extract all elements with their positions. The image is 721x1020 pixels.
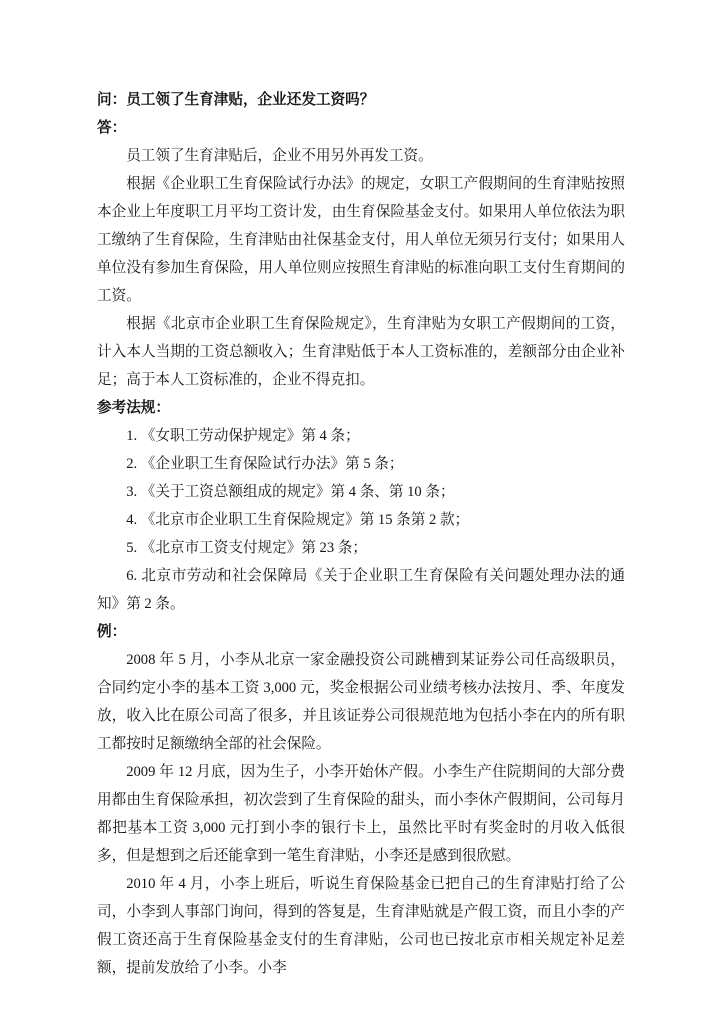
question-line: 问：员工领了生育津贴，企业还发工资吗？ [97,86,625,114]
reference-item: 5. 《北京市工资支付规定》第 23 条； [97,534,625,562]
reference-item: 1. 《女职工劳动保护规定》第 4 条； [97,422,625,450]
example-heading: 例： [97,618,625,646]
answer-paragraph: 员工领了生育津贴后，企业不用另外再发工资。 [97,142,625,170]
document-page: 问：员工领了生育津贴，企业还发工资吗？ 答： 员工领了生育津贴后，企业不用另外再… [97,86,625,982]
reference-item: 2. 《企业职工生育保险试行办法》第 5 条； [97,450,625,478]
example-paragraph: 2010 年 4 月，小李上班后，听说生育保险基金已把自己的生育津贴打给了公司，… [97,870,625,982]
reference-item: 6. 北京市劳动和社会保障局《关于企业职工生育保险有关问题处理办法的通知》第 2… [97,562,625,618]
answer-label: 答： [97,114,625,142]
reference-item: 4. 《北京市企业职工生育保险规定》第 15 条第 2 款； [97,506,625,534]
example-paragraph: 2009 年 12 月底，因为生子，小李开始休产假。小李生产住院期间的大部分费用… [97,758,625,870]
references-heading: 参考法规： [97,394,625,422]
answer-paragraph: 根据《北京市企业职工生育保险规定》，生育津贴为女职工产假期间的工资，计入本人当期… [97,310,625,394]
reference-item: 3. 《关于工资总额组成的规定》第 4 条、第 10 条； [97,478,625,506]
example-paragraph: 2008 年 5 月，小李从北京一家金融投资公司跳槽到某证券公司任高级职员，合同… [97,646,625,758]
answer-paragraph: 根据《企业职工生育保险试行办法》的规定，女职工产假期间的生育津贴按照本企业上年度… [97,170,625,310]
